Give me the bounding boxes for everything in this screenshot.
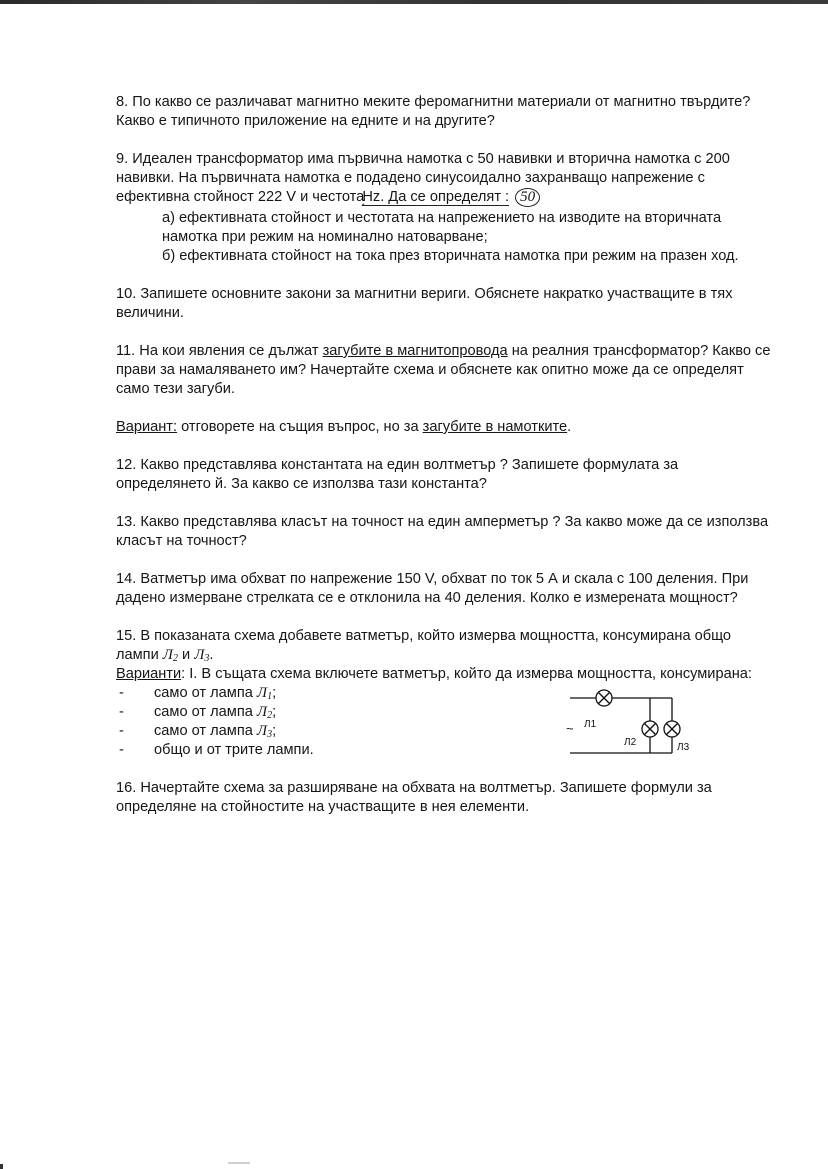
ac-source-symbol: ~ [566, 721, 574, 736]
question-text: Какво представлява класът на точност на … [116, 514, 768, 549]
question-number: 12. [116, 457, 136, 473]
underlined-term: загубите в намотките [423, 419, 567, 435]
question-16: 16. Начертайте схема за разширяване на о… [116, 779, 776, 817]
variant-label: Вариант: [116, 419, 177, 435]
lamp-label: Л3 [677, 742, 690, 753]
lamp-symbol: Л3 [194, 647, 209, 663]
question-text: Запишете основните закони за магнитни ве… [116, 286, 733, 321]
question-8: 8. По какво се различават магнитно мекит… [116, 93, 776, 131]
scan-speck [0, 1164, 3, 1169]
question-text: Какво представлява константата на един в… [116, 457, 678, 492]
question-number: 11. [116, 343, 135, 359]
lamp-symbol: Л2 [163, 647, 178, 663]
subquestion-a: а) ефективната стойност и честотата на н… [116, 209, 776, 247]
question-14: 14. Ватметър има обхват по напрежение 15… [116, 570, 776, 608]
question-number: 10. [116, 286, 136, 302]
question-number: 8. [116, 94, 128, 110]
question-number: 15. [116, 628, 136, 644]
question-text: По какво се различават магнитно меките ф… [116, 94, 750, 129]
question-text-underlined: Hz. Да се определят : [362, 189, 509, 206]
question-text: Начертайте схема за разширяване на обхва… [116, 780, 712, 815]
underlined-term: загубите в магнитопровода [323, 343, 508, 359]
subquestion-b: б) ефективната стойност на тока през вто… [116, 247, 776, 266]
variants-label: Варианти [116, 666, 181, 682]
question-13: 13. Какво представлява класът на точност… [116, 513, 776, 551]
lamp-label: Л2 [624, 737, 637, 748]
scan-edge [0, 0, 828, 4]
question-10: 10. Запишете основните закони за магнитн… [116, 285, 776, 323]
lamp-circuit-diagram: ~ Л1 Л2 Л3 [560, 685, 700, 760]
question-number: 9. [116, 151, 128, 167]
lamp-label: Л1 [584, 719, 597, 730]
question-9: 9. Идеален трансформатор има първична на… [116, 150, 776, 266]
question-12: 12. Какво представлява константата на ед… [116, 456, 776, 494]
question-11-variant: Вариант: отговорете на същия въпрос, но … [116, 418, 776, 437]
question-11: 11. На кои явления се дължат загубите в … [116, 342, 776, 399]
question-text: Ватметър има обхват по напрежение 150 V,… [116, 571, 748, 606]
question-number: 13. [116, 514, 136, 530]
question-number: 14. [116, 571, 136, 587]
scan-speck [228, 1162, 250, 1164]
handwritten-frequency: 50 [515, 188, 540, 207]
question-number: 16. [116, 780, 136, 796]
